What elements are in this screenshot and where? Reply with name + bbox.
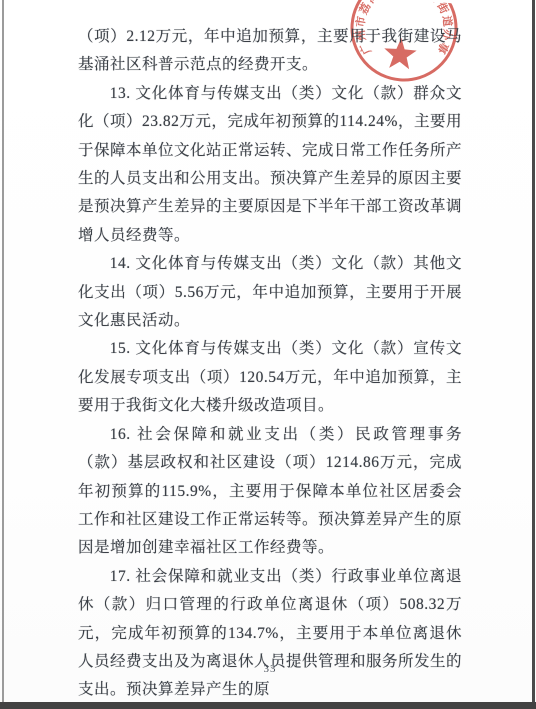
paragraph-item-15: 15. 文化体育与传媒支出（类）文化（款）宣传文化发展专项支出（项）120.54… [78, 335, 462, 420]
paragraph-continuation: （项）2.12万元，年中追加预算，主要用于我街建设马基涌社区科普示范点的经费开支… [78, 23, 462, 80]
scan-edge-left [2, 0, 4, 709]
paragraph-item-14: 14. 文化体育与传媒支出（类）文化（款）其他文化支出（项）5.56万元，年中追… [78, 250, 462, 335]
paragraph-item-16: 16. 社会保障和就业支出（类）民政管理事务（款）基层政权和社区建设（项）121… [78, 421, 462, 563]
page-number: 33 [78, 663, 462, 675]
document-body: （项）2.12万元，年中追加预算，主要用于我街建设马基涌社区科普示范点的经费开支… [78, 23, 462, 705]
paragraph-item-13: 13. 文化体育与传媒支出（类）文化（款）群众文化（项）23.82万元，完成年初… [78, 80, 462, 250]
scan-edge-right [532, 0, 535, 709]
scanned-document-page: 广州市荔湾区人民政府街道办事处 （项）2.12万元，年中追加预算，主要用于我街建… [0, 0, 536, 709]
paragraph-item-17: 17. 社会保障和就业支出（类）行政事业单位离退休（款）归口管理的行政单位离退休… [78, 563, 462, 705]
